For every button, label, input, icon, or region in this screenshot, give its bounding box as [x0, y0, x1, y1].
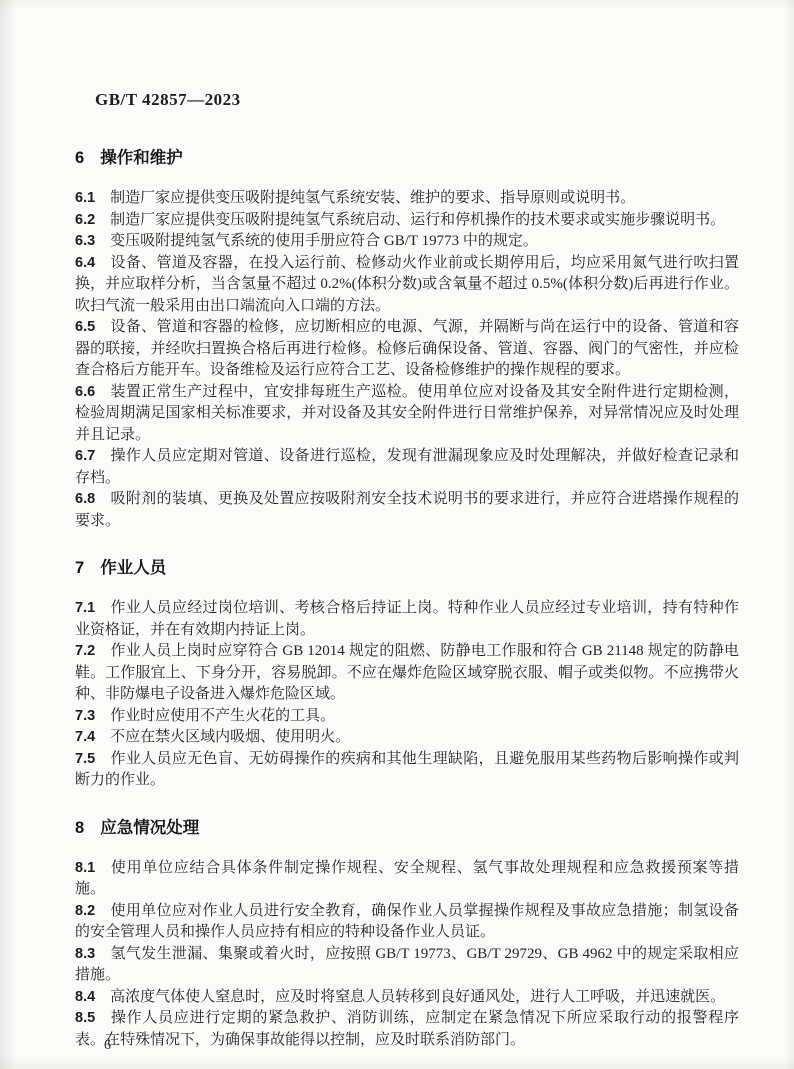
clause-paragraph: 6.3变压吸附提纯氢气系统的使用手册应符合 GB/T 19773 中的规定。 — [75, 231, 739, 253]
clause-number: 7.3 — [75, 708, 95, 724]
clause-text: 作业人员应无色盲、无妨碍操作的疾病和其他生理缺陷，且避免服用某些药物后影响操作或… — [75, 751, 739, 789]
clause-paragraph: 7.5作业人员应无色盲、无妨碍操作的疾病和其他生理缺陷，且避免服用某些药物后影响… — [75, 749, 739, 792]
clause-text: 装置正常生产过程中，宜安排每班生产巡检。使用单位应对设备及其安全附件进行定期检测… — [75, 384, 739, 443]
clause-paragraph: 8.5操作人员应进行定期的紧急救护、消防训练，应制定在紧急情况下所应采取行动的报… — [75, 1008, 739, 1051]
clause-number: 7.2 — [75, 643, 95, 659]
clause-text: 不应在禁火区域内吸烟、使用明火。 — [110, 729, 350, 745]
scanned-standard-page: { "doc": { "header": "GB/T 42857—2023", … — [0, 0, 794, 1069]
page-number: 6 — [104, 1038, 111, 1054]
clause-number: 6.2 — [75, 212, 95, 228]
document-body: 6操作和维护 6.1制造厂家应提供变压吸附提纯氢气系统安装、维护的要求、指导原则… — [75, 148, 739, 1051]
clause-text: 使用单位应结合具体条件制定操作规程、安全规程、氢气事故处理规程和应急救援预案等措… — [75, 860, 739, 898]
clause-number: 7.4 — [75, 729, 95, 745]
clause-text: 作业人员应经过岗位培训、考核合格后持证上岗。特种作业人员应经过专业培训，持有特种… — [75, 600, 739, 638]
clause-number: 6.8 — [75, 491, 95, 507]
clause-text: 氢气发生泄漏、集聚或着火时，应按照 GB/T 19773、GB/T 29729、… — [75, 946, 739, 984]
section: 8应急情况处理 8.1使用单位应结合具体条件制定操作规程、安全规程、氢气事故处理… — [75, 818, 739, 1052]
clause-paragraph: 8.2使用单位应对作业人员进行安全教育，确保作业人员掌握操作规程及事故应急措施；… — [75, 901, 739, 944]
clause-paragraph: 8.3氢气发生泄漏、集聚或着火时，应按照 GB/T 19773、GB/T 297… — [75, 944, 739, 987]
standard-number-header: GB/T 42857—2023 — [95, 90, 241, 110]
clause-paragraph: 6.8吸附剂的装填、更换及处置应按吸附剂安全技术说明书的要求进行，并应符合进塔操… — [75, 489, 739, 532]
clause-number: 8.2 — [75, 903, 95, 919]
section: 7作业人员 7.1作业人员应经过岗位培训、考核合格后持证上岗。特种作业人员应经过… — [75, 558, 739, 792]
clause-paragraph: 6.2制造厂家应提供变压吸附提纯氢气系统启动、运行和停机操作的技术要求或实施步骤… — [75, 210, 739, 232]
section-heading: 8应急情况处理 — [75, 818, 739, 838]
clause-text: 操作人员应定期对管道、设备进行巡检，发现有泄漏现象应及时处理解决，并做好检查记录… — [75, 448, 739, 486]
section-number: 8 — [75, 818, 84, 838]
section-heading: 7作业人员 — [75, 558, 739, 578]
clause-text: 高浓度气体使人窒息时，应及时将窒息人员转移到良好通风处，进行人工呼吸，并迅速就医… — [110, 989, 725, 1005]
section: 6操作和维护 6.1制造厂家应提供变压吸附提纯氢气系统安装、维护的要求、指导原则… — [75, 148, 739, 532]
clause-text: 吸附剂的装填、更换及处置应按吸附剂安全技术说明书的要求进行，并应符合进塔操作规程… — [75, 491, 739, 529]
clause-text: 制造厂家应提供变压吸附提纯氢气系统启动、运行和停机操作的技术要求或实施步骤说明书… — [110, 212, 725, 228]
clause-number: 8.5 — [75, 1010, 95, 1026]
clause-paragraph: 8.4高浓度气体使人窒息时，应及时将窒息人员转移到良好通风处，进行人工呼吸，并迅… — [75, 987, 739, 1009]
clause-number: 8.4 — [75, 989, 95, 1005]
clause-text: 变压吸附提纯氢气系统的使用手册应符合 GB/T 19773 中的规定。 — [110, 233, 538, 249]
clause-text: 作业人员上岗时应穿符合 GB 12014 规定的阻燃、防静电工作服和符合 GB … — [75, 643, 739, 702]
clause-number: 6.4 — [75, 255, 95, 271]
clause-number: 6.6 — [75, 384, 95, 400]
clause-paragraph: 7.1作业人员应经过岗位培训、考核合格后持证上岗。特种作业人员应经过专业培训，持… — [75, 598, 739, 641]
clause-paragraph: 7.4不应在禁火区域内吸烟、使用明火。 — [75, 727, 739, 749]
section-title: 操作和维护 — [100, 149, 183, 167]
section-clauses: 8.1使用单位应结合具体条件制定操作规程、安全规程、氢气事故处理规程和应急救援预… — [75, 858, 739, 1052]
clause-number: 8.3 — [75, 946, 95, 962]
section-clauses: 6.1制造厂家应提供变压吸附提纯氢气系统安装、维护的要求、指导原则或说明书。 6… — [75, 188, 739, 532]
clause-text: 设备、管道和容器的检修，应切断相应的电源、气源，并隔断与尚在运行中的设备、管道和… — [75, 319, 739, 378]
section-heading: 6操作和维护 — [75, 148, 739, 168]
clause-text: 作业时应使用不产生火花的工具。 — [110, 708, 335, 724]
section-title: 应急情况处理 — [100, 819, 199, 837]
clause-number: 7.1 — [75, 600, 95, 616]
clause-paragraph: 6.1制造厂家应提供变压吸附提纯氢气系统安装、维护的要求、指导原则或说明书。 — [75, 188, 739, 210]
clause-paragraph: 7.2作业人员上岗时应穿符合 GB 12014 规定的阻燃、防静电工作服和符合 … — [75, 641, 739, 706]
clause-paragraph: 6.5设备、管道和容器的检修，应切断相应的电源、气源，并隔断与尚在运行中的设备、… — [75, 317, 739, 382]
clause-text: 设备、管道及容器，在投入运行前、检修动火作业前或长期停用后，均应采用氮气进行吹扫… — [75, 255, 739, 314]
clause-number: 8.1 — [75, 860, 95, 876]
section-number: 6 — [75, 148, 84, 168]
clause-paragraph: 6.4设备、管道及容器，在投入运行前、检修动火作业前或长期停用后，均应采用氮气进… — [75, 253, 739, 318]
clause-paragraph: 8.1使用单位应结合具体条件制定操作规程、安全规程、氢气事故处理规程和应急救援预… — [75, 858, 739, 901]
clause-text: 制造厂家应提供变压吸附提纯氢气系统安装、维护的要求、指导原则或说明书。 — [110, 190, 635, 206]
clause-text: 操作人员应进行定期的紧急救护、消防训练，应制定在紧急情况下所应采取行动的报警程序… — [75, 1010, 739, 1048]
clause-number: 6.7 — [75, 448, 95, 464]
clause-number: 6.5 — [75, 319, 95, 335]
clause-number: 7.5 — [75, 751, 95, 767]
clause-text: 使用单位应对作业人员进行安全教育，确保作业人员掌握操作规程及事故应急措施；制氢设… — [75, 903, 739, 941]
section-title: 作业人员 — [100, 559, 166, 577]
section-clauses: 7.1作业人员应经过岗位培训、考核合格后持证上岗。特种作业人员应经过专业培训，持… — [75, 598, 739, 792]
clause-number: 6.3 — [75, 233, 95, 249]
section-number: 7 — [75, 558, 84, 578]
clause-number: 6.1 — [75, 190, 95, 206]
clause-paragraph: 6.7操作人员应定期对管道、设备进行巡检，发现有泄漏现象应及时处理解决，并做好检… — [75, 446, 739, 489]
clause-paragraph: 7.3作业时应使用不产生火花的工具。 — [75, 706, 739, 728]
clause-paragraph: 6.6装置正常生产过程中，宜安排每班生产巡检。使用单位应对设备及其安全附件进行定… — [75, 382, 739, 447]
